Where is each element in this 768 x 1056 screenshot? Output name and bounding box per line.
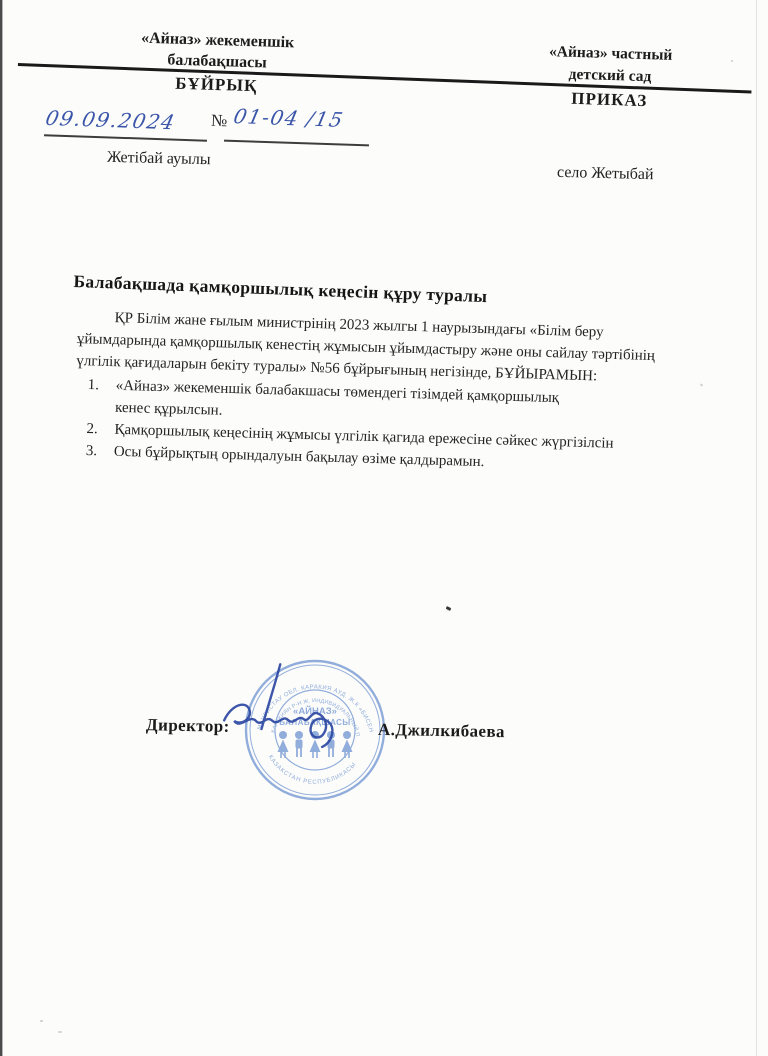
scan-speck — [446, 606, 452, 611]
scan-speck — [40, 1020, 43, 1022]
scan-speck — [731, 60, 733, 62]
item-number: 1. — [87, 374, 108, 397]
date-underline — [44, 134, 207, 141]
doc-type-ru: ПРИКАЗ — [537, 87, 682, 114]
scan-edge-right — [756, 0, 757, 1056]
letterhead-kazakh: «Айназ» жекеменшік балабақшасы БҰЙРЫҚ — [127, 27, 307, 98]
item-number: 3. — [86, 440, 107, 463]
handwritten-order-number: 01-04 /15 — [231, 104, 346, 132]
director-signature — [216, 650, 365, 780]
place-russian: село Жетыбай — [557, 164, 654, 184]
scanned-order-document: «Айназ» жекеменшік балабақшасы БҰЙРЫҚ «А… — [0, 0, 768, 1056]
number-sign: № — [211, 111, 228, 132]
number-underline — [224, 140, 369, 147]
handwritten-date: 09.09.2024 — [44, 106, 179, 134]
place-kazakh: Жетібай ауылы — [107, 149, 211, 170]
order-items-list: 1.«Айназ» жекеменшік балабакшасы төменде… — [86, 374, 728, 480]
order-title: Балабақшада қамқоршылық кеңесін құру тур… — [73, 271, 553, 310]
director-name: А.Джилкибаева — [378, 720, 505, 742]
org-name-ru-line1: «Айназ» частный — [538, 41, 683, 68]
scan-edge-left-highlight — [2, 0, 3, 1056]
item-number: 2. — [86, 418, 107, 441]
scan-speck — [58, 1031, 62, 1033]
letterhead-russian: «Айназ» частный детский сад ПРИКАЗ — [537, 41, 683, 113]
